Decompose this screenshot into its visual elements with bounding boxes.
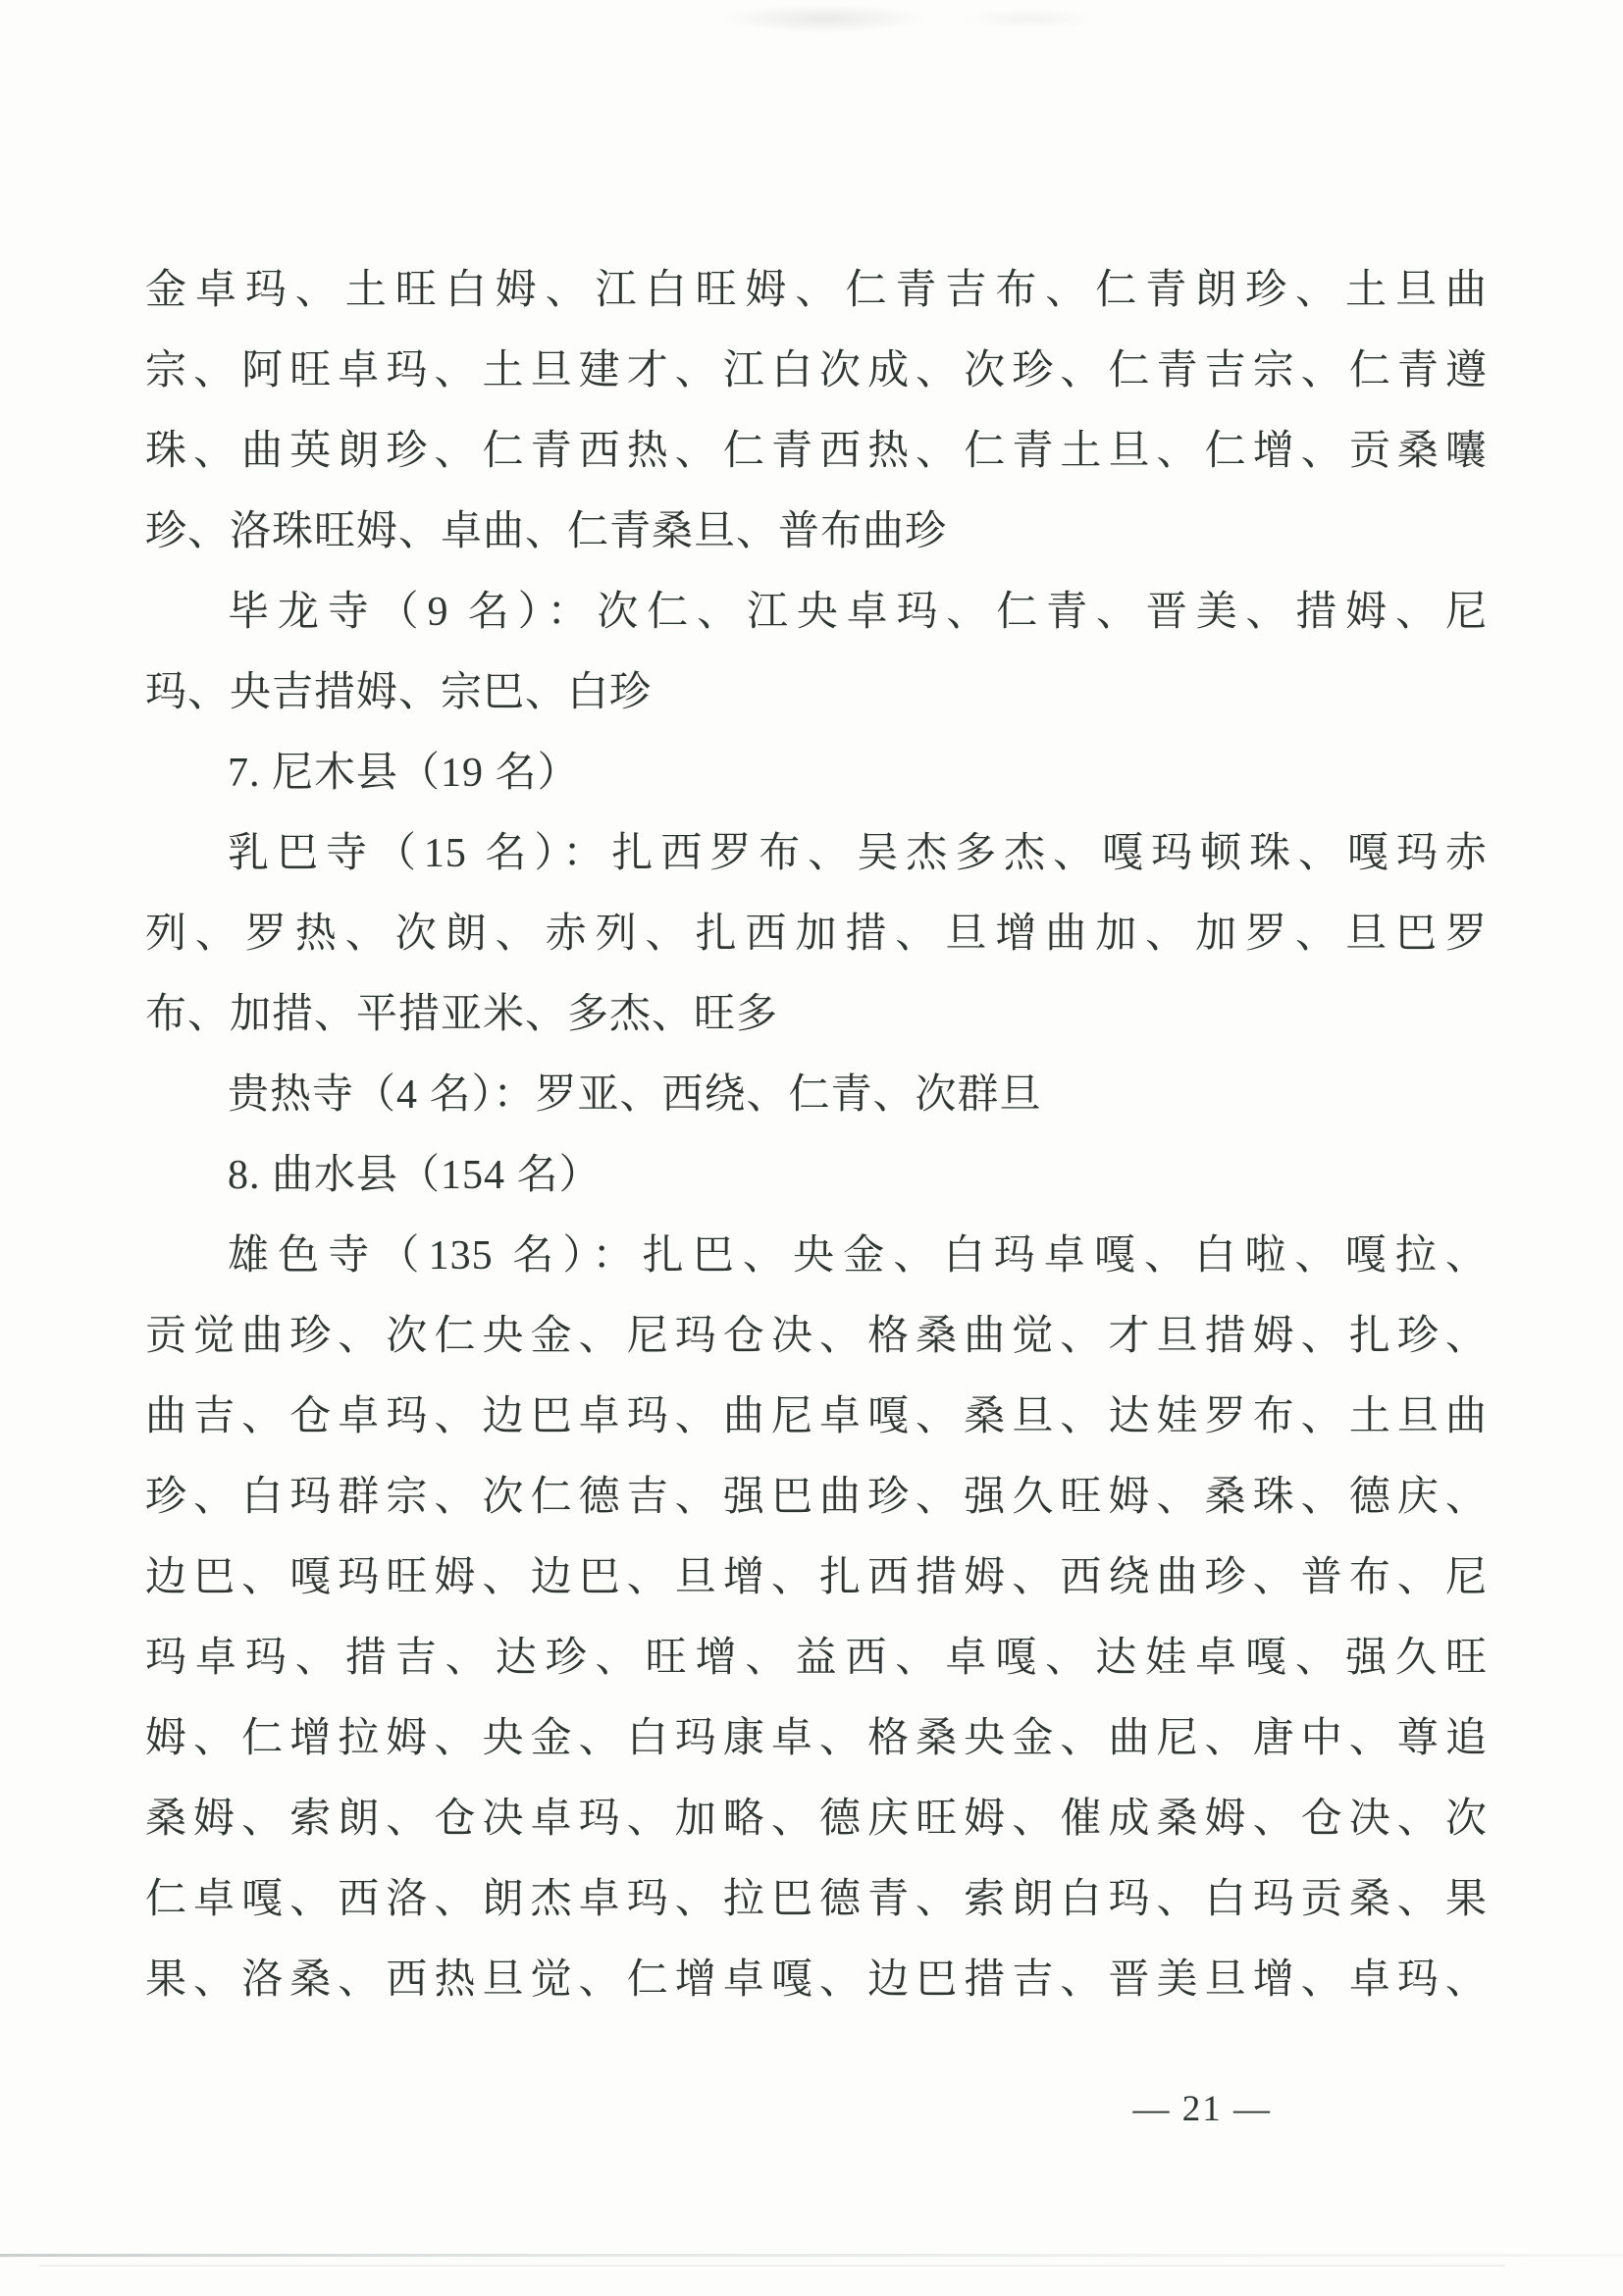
scanned-document-page: 金卓玛、土旺白姆、江白旺姆、仁青吉布、仁青朗珍、土旦曲宗、阿旺卓玛、土旦建才、江… (0, 0, 1623, 2296)
text-line: 姆、仁增拉姆、央金、白玛康卓、格桑央金、曲尼、唐中、尊追 (145, 1698, 1488, 1779)
text-line: 玛卓玛、措吉、达珍、旺增、益西、卓嘎、达娃卓嘎、强久旺 (145, 1618, 1488, 1698)
document-body: 金卓玛、土旺白姆、江白旺姆、仁青吉布、仁青朗珍、土旦曲宗、阿旺卓玛、土旦建才、江… (145, 250, 1488, 2020)
text-line: 贡觉曲珍、次仁央金、尼玛仓决、格桑曲觉、才旦措姆、扎珍、 (145, 1296, 1488, 1377)
scan-smudge-top (721, 4, 927, 33)
text-line: 7. 尼木县（19 名） (145, 733, 1488, 813)
text-line: 列、罗热、次朗、赤列、扎西加措、旦增曲加、加罗、旦巴罗 (145, 894, 1488, 974)
text-line: 玛、央吉措姆、宗巴、白珍 (145, 652, 1488, 733)
text-line: 仁卓嘎、西洛、朗杰卓玛、拉巴德青、索朗白玛、白玛贡桑、果 (145, 1859, 1488, 1940)
text-line: 珍、洛珠旺姆、卓曲、仁青桑旦、普布曲珍 (145, 492, 1488, 572)
text-line: 桑姆、索朗、仓决卓玛、加略、德庆旺姆、催成桑姆、仓决、次 (145, 1779, 1488, 1859)
text-line: 珍、白玛群宗、次仁德吉、强巴曲珍、强久旺姆、桑珠、德庆、 (145, 1457, 1488, 1538)
scan-edge-line-2 (39, 2265, 1505, 2267)
text-line: 乳巴寺（15 名）：扎西罗布、吴杰多杰、嘎玛顿珠、嘎玛赤 (145, 813, 1488, 894)
text-line: 果、洛桑、西热旦觉、仁增卓嘎、边巴措吉、晋美旦增、卓玛、 (145, 1940, 1488, 2020)
scan-edge-line (0, 2254, 1623, 2257)
scan-smudge-top-2 (962, 8, 1099, 29)
text-line: 金卓玛、土旺白姆、江白旺姆、仁青吉布、仁青朗珍、土旦曲 (145, 250, 1488, 331)
text-line: 雄色寺（135 名）：扎巴、央金、白玛卓嘎、白啦、嘎拉、 (145, 1216, 1488, 1296)
text-line: 布、加措、平措亚米、多杰、旺多 (145, 974, 1488, 1055)
text-line: 珠、曲英朗珍、仁青西热、仁青西热、仁青土旦、仁增、贡桑囔 (145, 411, 1488, 492)
text-line: 宗、阿旺卓玛、土旦建才、江白次成、次珍、仁青吉宗、仁青遵 (145, 331, 1488, 411)
text-line: 边巴、嘎玛旺姆、边巴、旦增、扎西措姆、西绕曲珍、普布、尼 (145, 1538, 1488, 1618)
page-number: — 21 — (1133, 2086, 1273, 2133)
text-line: 贵热寺（4 名）：罗亚、西绕、仁青、次群旦 (145, 1055, 1488, 1135)
text-line: 8. 曲水县（154 名） (145, 1135, 1488, 1216)
text-line: 曲吉、仓卓玛、边巴卓玛、曲尼卓嘎、桑旦、达娃罗布、土旦曲 (145, 1377, 1488, 1457)
text-line: 毕龙寺（9 名）：次仁、江央卓玛、仁青、晋美、措姆、尼 (145, 572, 1488, 652)
